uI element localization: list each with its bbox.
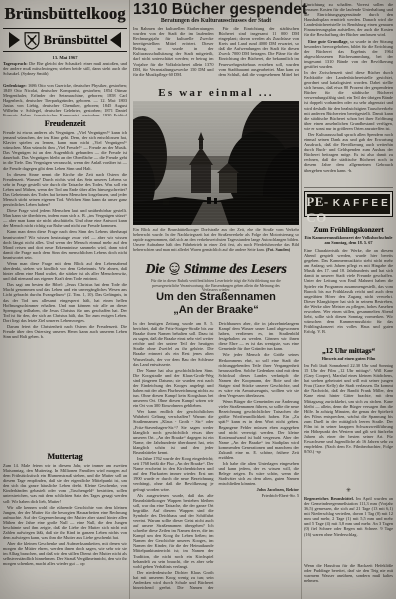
letter-signature-address: Friedrich-Ebert-Str. 5 bbox=[219, 493, 300, 498]
letters-section-header: Die Stimme des Lesers bbox=[133, 261, 299, 277]
letter-headline-line2: „An der Braake“ bbox=[133, 304, 299, 316]
concert-title: Zum Frühlingskonzert bbox=[304, 226, 393, 234]
concert-body: Eine Charakteristik der Werke, die an di… bbox=[304, 248, 393, 343]
photo-illustration bbox=[133, 101, 299, 225]
banner-city-name: Brünsbüttel bbox=[44, 33, 108, 48]
speaker-face-icon bbox=[168, 262, 181, 276]
masthead: Brünsbüttelkoog Brünsbüttel 13. Mai 1967 bbox=[3, 4, 127, 60]
photo-credit: (Fot. Sanden) bbox=[266, 247, 290, 252]
household-tip: Wenn die Hausfrau für die Backzeit Hefek… bbox=[304, 563, 393, 596]
masthead-banner: Brünsbüttel bbox=[3, 28, 127, 52]
gedenktage-text: 1686 Otto von Guericke, deutscher Physik… bbox=[3, 83, 127, 116]
section-rule bbox=[304, 187, 393, 188]
banner-wedge-right bbox=[110, 32, 121, 48]
weather-text: Im April wurden an der Gemeinderegenmeßs… bbox=[304, 496, 393, 537]
letter-headline-line1: Um den Straßennamen bbox=[133, 291, 299, 303]
household-tip-text: Wenn die Hausfrau für die Backzeit Hefek… bbox=[304, 563, 393, 583]
letter-paragraphs: In der heutigen Zeitung wurde am 8. 5. b… bbox=[133, 321, 299, 592]
lead-headline: 1310 Bücher gespendet bbox=[133, 1, 299, 19]
film-title: „12 Uhr mittags“ bbox=[304, 347, 393, 355]
photo-caption: Ein Blick auf die Brunsbüttelkooger Dorf… bbox=[133, 228, 299, 257]
newspaper-page: Brünsbüttelkoog Brünsbüttel 13. Mai 1967… bbox=[0, 0, 396, 599]
ad-brand-name: PE-CO bbox=[306, 194, 328, 226]
banner-wedge-left bbox=[9, 32, 20, 48]
historic-photo bbox=[133, 101, 299, 225]
muttertag-title: Muttertag bbox=[3, 452, 127, 461]
ad-product-name: KAFFEE bbox=[333, 198, 391, 209]
letters-section-title-left: Die bbox=[145, 261, 165, 277]
masthead-title: Brünsbüttelkoog bbox=[3, 4, 127, 24]
film-subtitle: Hinweis auf einen guten Film bbox=[304, 356, 393, 361]
coffee-ad: PE-CO KAFFEE bbox=[304, 191, 393, 217]
coffee-ad-box: PE-CO KAFFEE bbox=[307, 194, 390, 214]
freudenzeit-body: Freude ist etwas anderes als Vergnügen. … bbox=[3, 130, 127, 449]
lead-article-continuation: Einrichtung zu schaffen. Vorerst sollen … bbox=[304, 2, 393, 185]
weather-note: Regenreiches Brunsbüttel. Im April wurde… bbox=[304, 496, 393, 556]
letter-signature-name: John Jacobsen, Rektor bbox=[219, 487, 300, 492]
city-crest-icon bbox=[23, 31, 41, 50]
gedenktage: Gedenktage: 1686 Otto von Guericke, deut… bbox=[3, 83, 127, 116]
asterisk-separator: ✳ bbox=[304, 487, 393, 494]
dateline: 13. Mai 1967 bbox=[3, 55, 127, 60]
column-rule-left bbox=[129, 0, 130, 599]
concert-subtitle-line2: am Sonntag, dem 18. 5. 67 bbox=[304, 240, 393, 245]
photo-feature-headline: Es war einmal ... bbox=[133, 87, 299, 99]
freudenzeit-title: Freudenzeit bbox=[3, 119, 127, 128]
lead-article-body: Im Rahmen der kulturellen Etatberatungen… bbox=[133, 26, 299, 84]
column-rule-right bbox=[301, 0, 302, 599]
continuation-paragraphs: Einrichtung zu schaffen. Vorerst sollen … bbox=[304, 2, 393, 38]
film-body: Im Foli läuft Sonnabend 22.30 Uhr und So… bbox=[304, 363, 393, 484]
letters-section-title-right: Stimme des Lesers bbox=[184, 261, 287, 277]
muttertag-body: Zum 14. Male feiern wir in diesem Jahr, … bbox=[3, 463, 127, 596]
tagesspruch: Tagesspruch: Die Ehe gleicht der Schauke… bbox=[3, 61, 127, 81]
letter-body: In der heutigen Zeitung wurde am 8. 5. b… bbox=[133, 321, 299, 592]
continuation-paragraphs-2: In der Zwischenzeit sind diese Bücher du… bbox=[304, 70, 393, 173]
concert-subtitle: Ein Kammermusikkonzert der Volkshochschu… bbox=[304, 235, 393, 246]
lead-subhead: Beratungen des Kulturausschusses der Sta… bbox=[133, 18, 299, 24]
continuation-bold-rest: so wurde in der Sitzung besonders hervor… bbox=[304, 39, 393, 69]
